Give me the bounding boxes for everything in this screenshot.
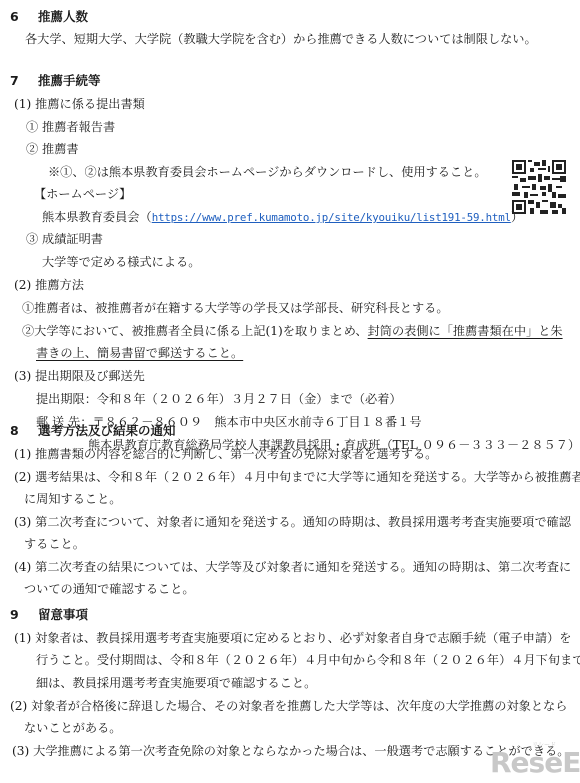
list-item: (3) 第二次考査について、対象者に通知を発送する。通知の時期は、教員採用選考考… [14, 511, 571, 533]
section-title: 留意事項 [38, 607, 88, 622]
list-item-cont: ついての通知で確認すること。 [24, 578, 195, 600]
section-6-heading: 6推薦人数 [10, 6, 88, 28]
list-item: ① 推薦者報告書 [26, 116, 115, 138]
section-number: 8 [10, 420, 38, 442]
list-item: (2) 選考結果は、令和８年（２０２６年）４月中旬までに大学等に通知を発送する。… [14, 466, 580, 488]
list-item-cont: ないことがある。 [24, 717, 122, 739]
homepage-label: 【ホームページ】 [34, 183, 131, 205]
homepage-link[interactable]: https://www.pref.kumamoto.jp/site/kyouik… [152, 211, 511, 224]
list-item: (4) 第二次考査の結果については、大学等及び対象者に通知を発送する。通知の時期… [14, 556, 571, 578]
list-item: ③ 成績証明書 [26, 228, 103, 250]
list-item-text: ②大学等において、被推薦者全員に係る上記(1)を取りまとめ、 [22, 324, 368, 338]
list-item: (1) 対象者は、教員採用選考考査実施要項に定めるとおり、必ず対象者自身で志願手… [14, 627, 571, 649]
download-note: ※①、②は熊本県教育委員会ホームページからダウンロードし、使用すること。 [48, 161, 487, 183]
section-number: 6 [10, 6, 38, 28]
list-item: (1) 推薦書類の内容を総合的に判断し、第一次考査の免除対象者を選考する。 [14, 443, 437, 465]
list-item: (2) 対象者が合格後に辞退した場合、その対象者を推薦した大学等は、次年度の大学… [10, 695, 567, 717]
section-title: 推薦手続等 [38, 73, 101, 88]
section-title: 選考方法及び結果の通知 [38, 423, 176, 438]
subsection-label: (2) 推薦方法 [14, 274, 84, 296]
homepage-line: 熊本県教育委員会（https://www.pref.kumamoto.jp/si… [42, 206, 523, 229]
section-7-heading: 7推薦手続等 [10, 70, 101, 92]
emphasis-text: 封筒の表側に「推薦書類在中」と朱 [368, 324, 563, 338]
list-item: ② 推薦書 [26, 138, 79, 160]
section-9-heading: 9留意事項 [10, 604, 88, 626]
list-item: ①推薦者は、被推薦者が在籍する大学等の学長又は学部長、研究科長とする。 [22, 297, 449, 319]
homepage-org: 熊本県教育委員会（ [42, 210, 152, 224]
reseed-logo: ReseEd [490, 748, 580, 778]
section-number: 9 [10, 604, 38, 626]
section-number: 7 [10, 70, 38, 92]
section-8-heading: 8選考方法及び結果の通知 [10, 420, 176, 442]
list-item-cont: 細は、教員採用選考考査実施要項で確認すること。 [36, 672, 316, 694]
list-item: ②大学等において、被推薦者全員に係る上記(1)を取りまとめ、封筒の表側に「推薦書… [22, 320, 563, 342]
list-item-cont: すること。 [24, 533, 85, 555]
list-item-body: 大学等で定める様式による。 [42, 251, 200, 273]
section-6-body: 各大学、短期大学、大学院（教職大学院を含む）から推薦できる人数については制限しな… [25, 28, 537, 50]
emphasis-text: 書きの上、簡易書留で郵送すること。 [36, 342, 243, 364]
list-item: (3) 大学推薦による第一次考査免除の対象とならなかった場合は、一般選考で志願す… [12, 740, 569, 762]
section-title: 推薦人数 [38, 9, 88, 24]
list-item-cont: 行うこと。受付期間は、令和８年（２０２６年）４月中旬から令和８年（２０２６年）４… [36, 649, 580, 671]
deadline: 提出期限：令和８年（２０２６年）３月２７日（金）まで（必着） [36, 388, 402, 410]
list-item-cont: に周知すること。 [24, 488, 122, 510]
qr-code-icon [512, 160, 566, 214]
subsection-label: (3) 提出期限及び郵送先 [14, 365, 145, 387]
subsection-label: (1) 推薦に係る提出書類 [14, 93, 145, 115]
